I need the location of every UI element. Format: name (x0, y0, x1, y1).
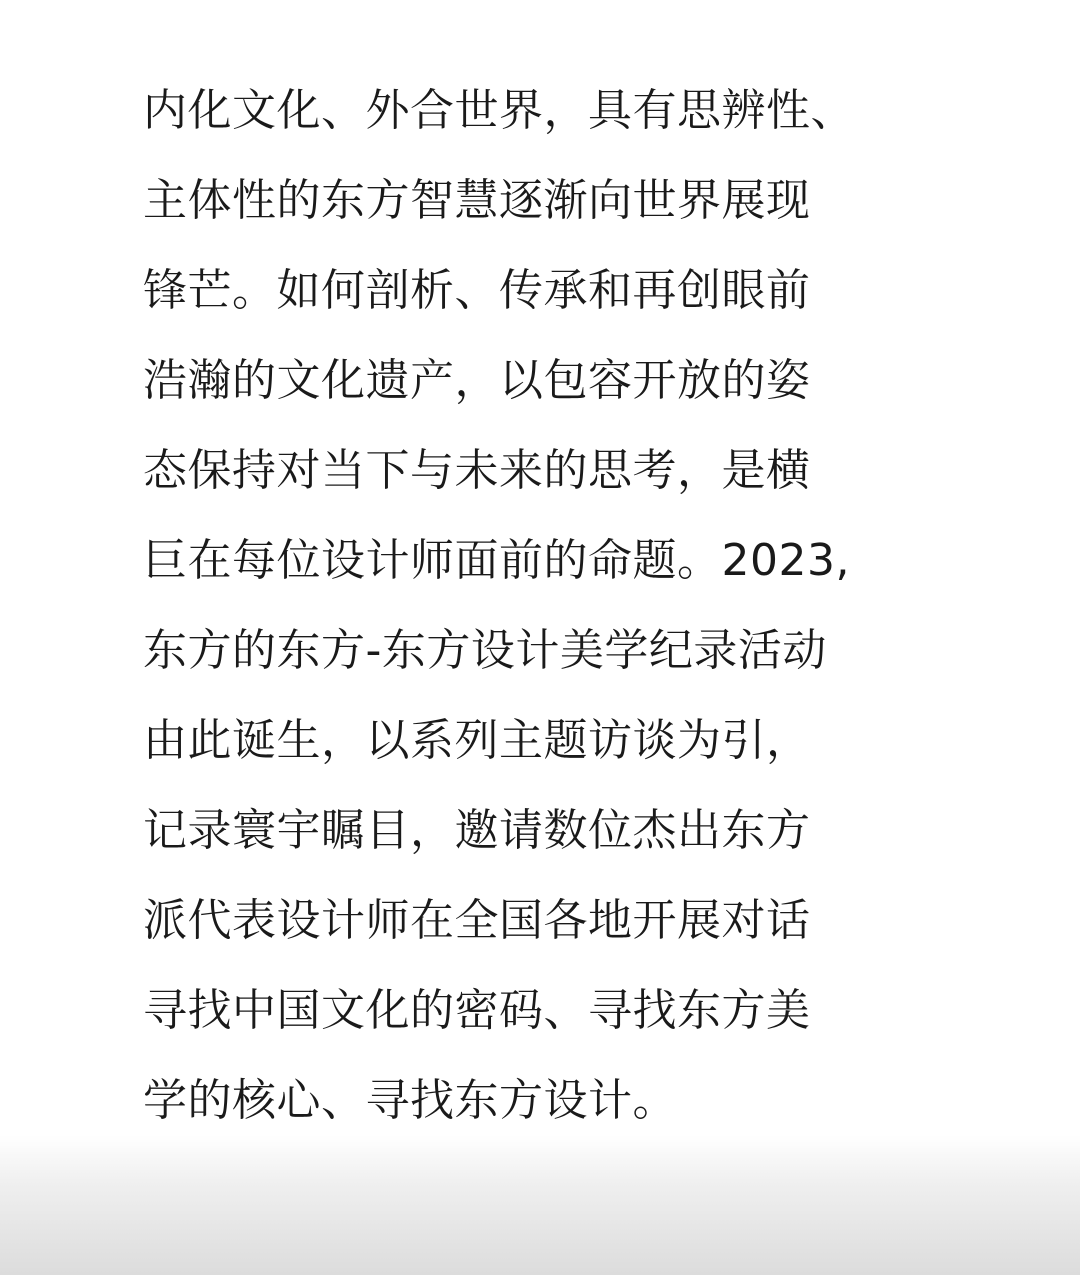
paragraph-line: 记录寰宇瞩目，邀请数位杰出东方 (143, 786, 873, 876)
paragraph-line: 东方的东方-东方设计美学纪录活动 (143, 606, 873, 696)
paragraph-line: 态保持对当下与未来的思考，是横 (143, 426, 873, 516)
paragraph-line: 巨在每位设计师面前的命题。2023, (143, 516, 873, 606)
paragraph-line: 由此诞生，以系列主题访谈为引， (143, 696, 873, 786)
bottom-fade-overlay (0, 1135, 1080, 1275)
paragraph-line: 派代表设计师在全国各地开展对话 (143, 876, 873, 966)
paragraph-line: 浩瀚的文化遗产，以包容开放的姿 (143, 336, 873, 426)
paragraph-line: 锋芒。如何剖析、传承和再创眼前 (143, 246, 873, 336)
paragraph-line: 内化文化、外合世界，具有思辨性、 (143, 66, 873, 156)
paragraph-line: 寻找中国文化的密码、寻找东方美 (143, 966, 873, 1056)
article-body: 内化文化、外合世界，具有思辨性、 主体性的东方智慧逐渐向世界展现 锋芒。如何剖析… (143, 66, 873, 1146)
paragraph-line: 主体性的东方智慧逐渐向世界展现 (143, 156, 873, 246)
document-page: 内化文化、外合世界，具有思辨性、 主体性的东方智慧逐渐向世界展现 锋芒。如何剖析… (0, 0, 1080, 1275)
paragraph-line: 学的核心、寻找东方设计。 (143, 1056, 873, 1146)
